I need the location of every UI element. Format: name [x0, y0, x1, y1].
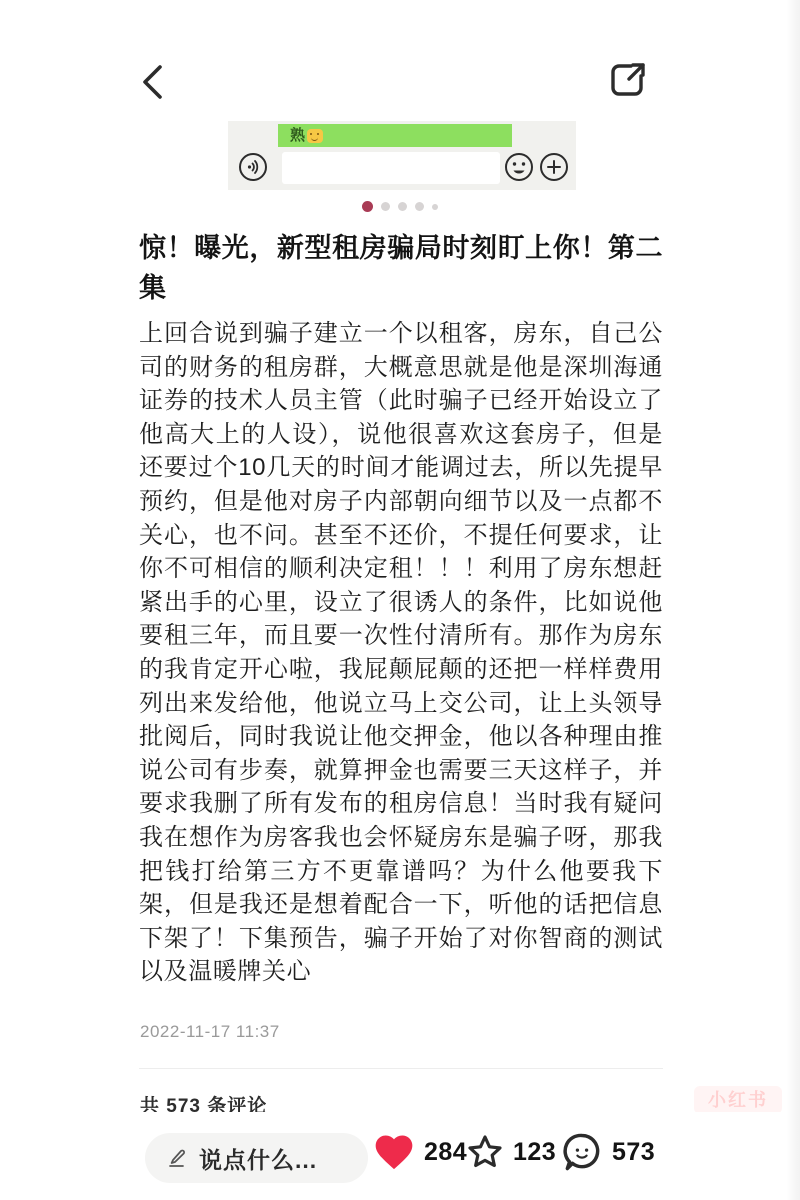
voice-icon — [238, 152, 268, 182]
carousel-dot — [415, 202, 424, 211]
post-body: 上回合说到骗子建立一个以租客，房东，自己公司的财务的租房群，大概意思就是他是深圳… — [139, 317, 663, 989]
chevron-left-icon — [136, 62, 170, 102]
chat-text-field — [282, 152, 500, 184]
post-title: 惊！曝光，新型租房骗局时刻盯上你！第二集 — [139, 228, 663, 308]
comment-placeholder: 说点什么... — [199, 1142, 317, 1175]
like-count: 284 — [424, 1138, 467, 1167]
emoji-icon — [307, 129, 323, 143]
share-button[interactable] — [604, 56, 652, 104]
pencil-icon — [165, 1146, 189, 1170]
bottom-action-bar: 说点什么... 284 123 573 — [0, 1112, 800, 1200]
smiley-icon — [504, 152, 534, 182]
carousel-dot — [398, 202, 407, 211]
post-detail-page: 熟 惊！曝光，新型租房骗局时刻盯上你！第二集 — [0, 0, 800, 1200]
comment-count: 573 — [612, 1138, 655, 1167]
comments-count-header: 共 573 条评论 — [140, 1091, 440, 1112]
post-image-carousel[interactable]: 熟 — [228, 121, 576, 190]
comment-input[interactable]: 说点什么... — [145, 1133, 368, 1183]
carousel-dots — [0, 201, 800, 212]
back-button[interactable] — [136, 62, 170, 102]
divider — [139, 1068, 663, 1069]
comment-count-button[interactable]: 573 — [560, 1130, 655, 1174]
chat-input-row — [228, 147, 576, 190]
carousel-dot — [362, 201, 373, 212]
favorite-button[interactable]: 123 — [465, 1130, 556, 1174]
favorite-count: 123 — [513, 1138, 556, 1167]
bubble-text: 熟 — [290, 128, 305, 143]
plus-icon — [539, 152, 569, 182]
carousel-dot — [432, 204, 438, 210]
share-icon — [604, 56, 652, 104]
carousel-dot — [381, 202, 390, 211]
chat-message-bubble: 熟 — [278, 124, 512, 147]
watermark-badge: 小红书 — [694, 1086, 782, 1114]
heart-icon — [372, 1130, 416, 1174]
post-date: 2022-11-17 11:37 — [140, 1022, 280, 1042]
like-button[interactable]: 284 — [372, 1130, 467, 1174]
chat-bubble-icon — [560, 1130, 604, 1174]
star-icon — [465, 1130, 505, 1174]
